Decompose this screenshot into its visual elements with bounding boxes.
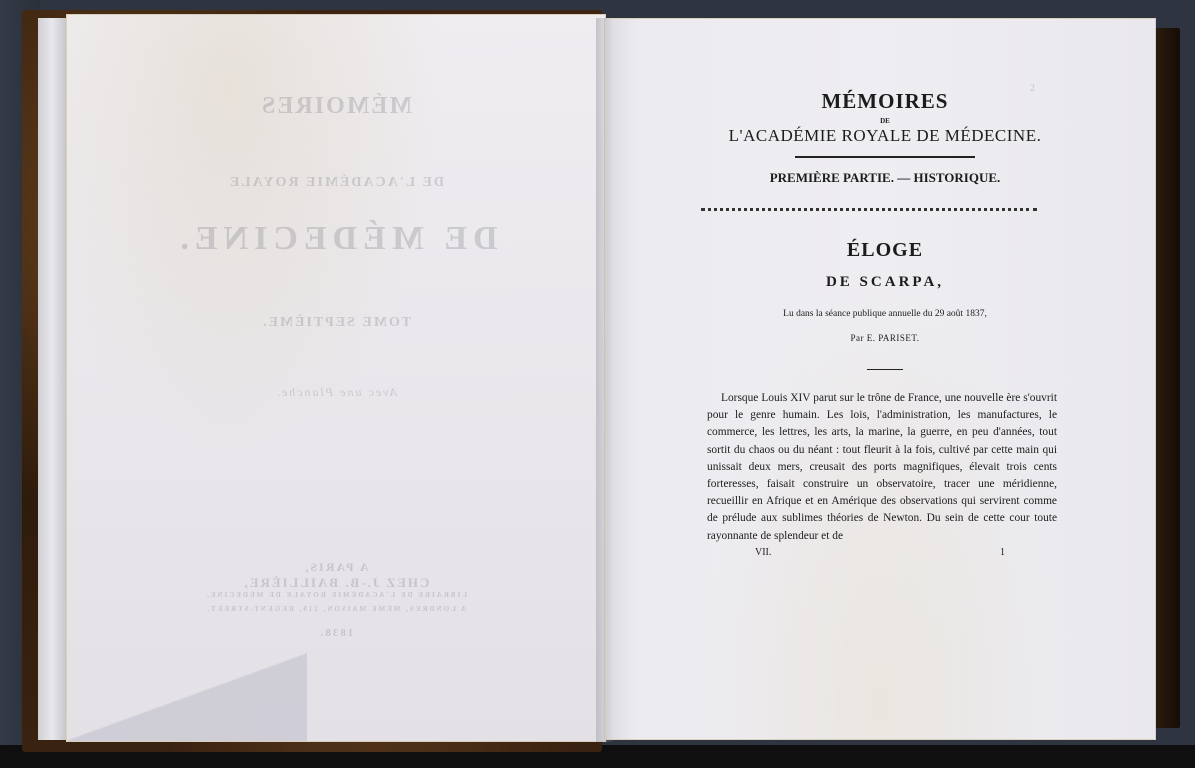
book-gutter	[596, 18, 614, 742]
dotted-divider	[701, 208, 1037, 211]
article-occasion: Lu dans la séance publique annuelle du 2…	[705, 309, 1065, 319]
ghost-year: 1838.	[67, 627, 605, 639]
page-footer: VII. 1	[705, 547, 1065, 558]
article-title: ÉLOGE	[705, 239, 1065, 262]
ghost-paris: A PARIS,	[67, 560, 605, 575]
body-paragraph: Lorsque Louis XIV parut sur le trône de …	[707, 390, 1057, 545]
sheet-number: 1	[1000, 547, 1005, 558]
article-subject: DE SCARPA,	[705, 274, 1065, 291]
ghost-planche: Avec une Planche.	[67, 385, 605, 400]
ghost-london: A LONDRES, MÊME MAISON, 219, REGENT-STRE…	[67, 605, 605, 613]
page-edges	[38, 18, 68, 740]
ghost-medecine: DE MÉDECINE.	[67, 220, 605, 258]
series-title: MÉMOIRES	[705, 89, 1065, 113]
signature-mark: VII.	[755, 547, 771, 558]
ghost-tome: TOME SEPTIÈME.	[67, 315, 605, 331]
short-rule	[867, 369, 903, 370]
series-title-de: DE	[705, 117, 1065, 125]
article-author: Par E. PARISET.	[705, 333, 1065, 343]
left-page: MÉMOIRES DE L'ACADÉMIE ROYALE DE MÉDECIN…	[66, 14, 606, 742]
ghost-title: MÉMOIRES	[67, 93, 605, 120]
title-rule	[795, 156, 975, 158]
series-academy: L'ACADÉMIE ROYALE DE MÉDECINE.	[705, 126, 1065, 146]
ghost-publisher-sub: LIBRAIRE DE L'ACADÉMIE ROYALE DE MÉDECIN…	[67, 591, 605, 599]
section-heading: PREMIÈRE PARTIE. — HISTORIQUE.	[705, 170, 1065, 186]
ghost-academy: DE L'ACADÉMIE ROYALE	[67, 175, 605, 191]
folded-corner	[67, 651, 307, 741]
ghost-publisher: CHEZ J.-B. BAILLIÈRE,	[67, 575, 605, 591]
right-page: 2 MÉMOIRES DE L'ACADÉMIE ROYALE DE MÉDEC…	[604, 18, 1156, 740]
page-content: MÉMOIRES DE L'ACADÉMIE ROYALE DE MÉDECIN…	[705, 89, 1065, 558]
